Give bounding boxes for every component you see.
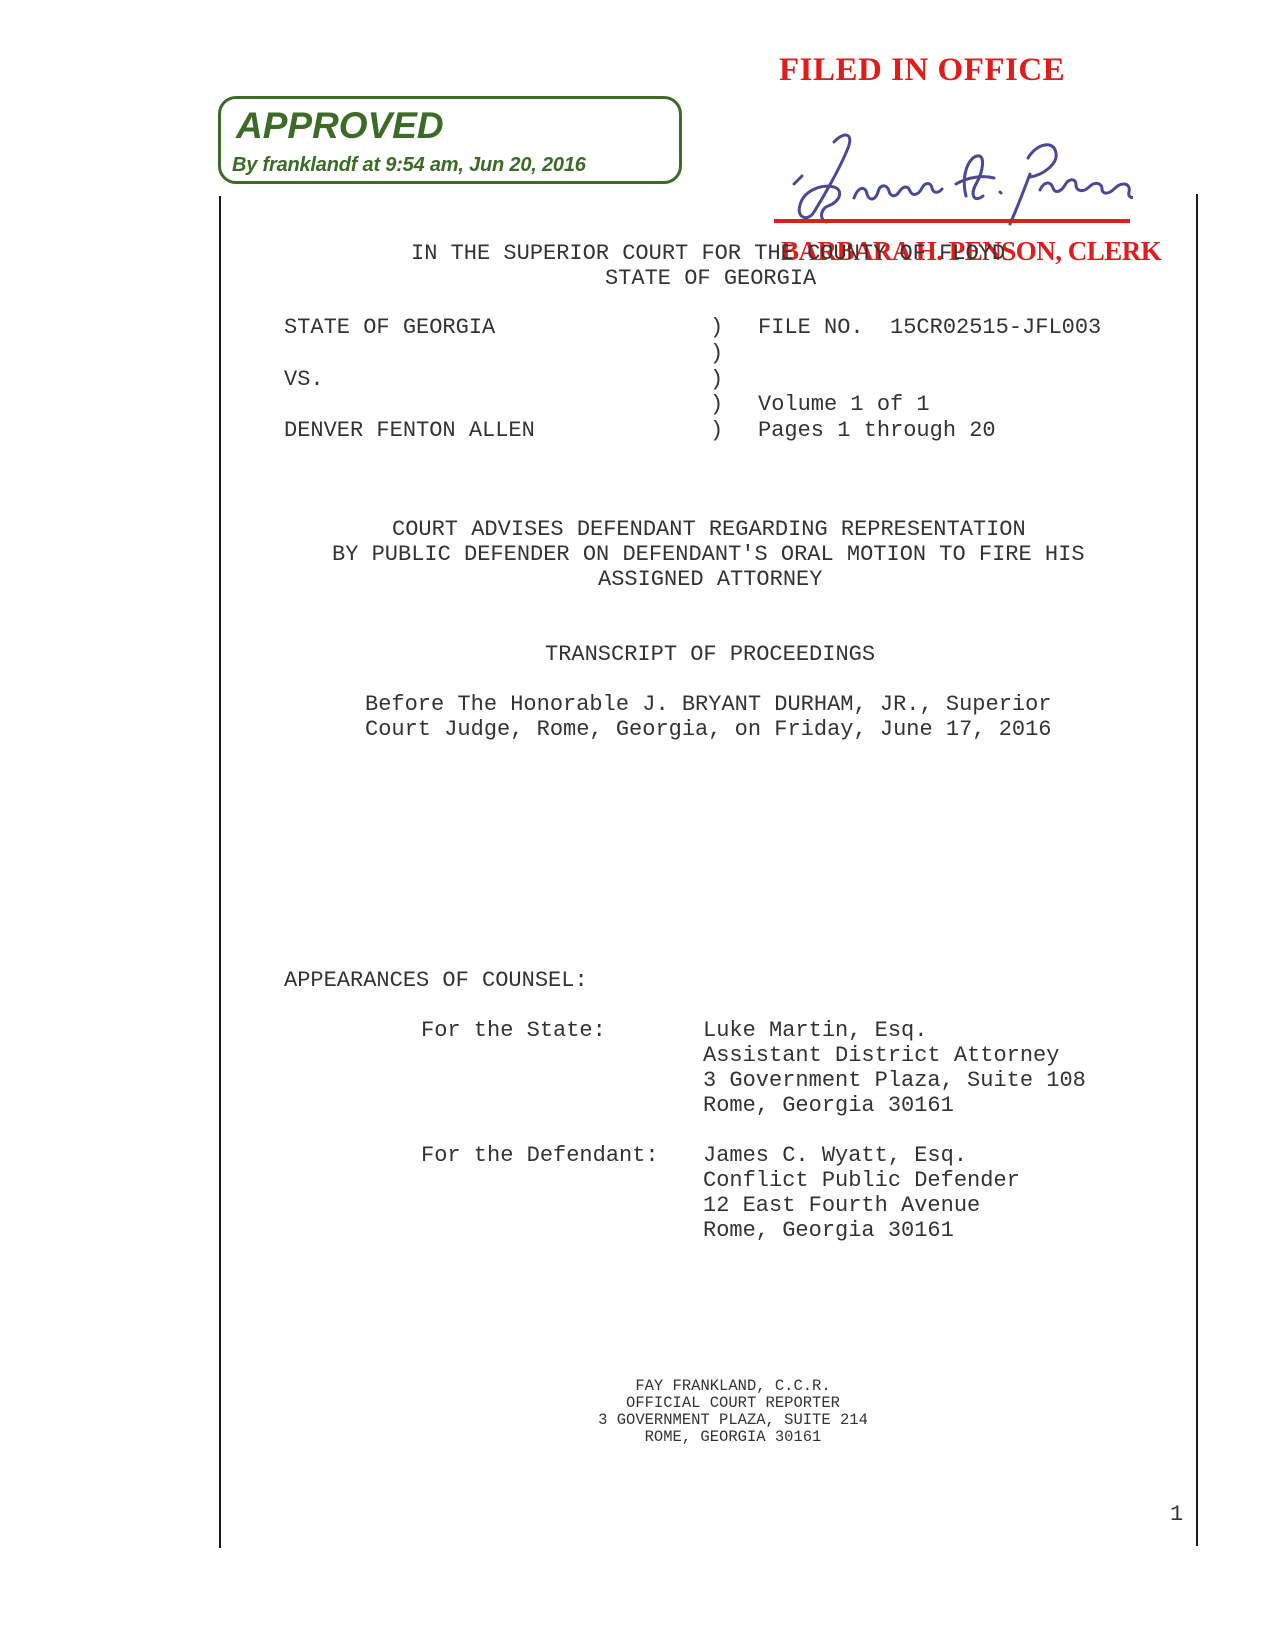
approved-stamp-byline: By franklandf at 9:54 am, Jun 20, 2016 xyxy=(232,154,586,177)
caption-vs: VS. xyxy=(284,367,324,392)
hearing-title-line3: ASSIGNED ATTORNEY xyxy=(598,567,822,592)
court-reporter-block: FAY FRANKLAND, C.C.R. OFFICIAL COURT REP… xyxy=(500,1378,966,1446)
left-page-rule xyxy=(219,196,221,1548)
approved-stamp: APPROVED By franklandf at 9:54 am, Jun 2… xyxy=(218,96,682,184)
defense-counsel-name: James C. Wyatt, Esq. xyxy=(703,1143,967,1168)
transcript-page: FILED IN OFFICE APPROVED By franklandf a… xyxy=(0,0,1275,1651)
before-judge-line2: Court Judge, Rome, Georgia, on Friday, J… xyxy=(365,717,1052,742)
state-counsel-name: Luke Martin, Esq. xyxy=(703,1018,927,1043)
hearing-title-line1: COURT ADVISES DEFENDANT REGARDING REPRES… xyxy=(392,517,1026,542)
approved-stamp-title: APPROVED xyxy=(236,105,444,147)
defense-counsel-title: Conflict Public Defender xyxy=(703,1168,1020,1193)
filed-in-office-stamp: FILED IN OFFICE xyxy=(779,52,1065,89)
for-the-defendant-label: For the Defendant: xyxy=(421,1143,659,1168)
caption-paren-2: ) xyxy=(710,341,723,366)
transcript-of-proceedings: TRANSCRIPT OF PROCEEDINGS xyxy=(545,642,875,667)
caption-paren-5: ) xyxy=(710,418,723,443)
page-number: 1 xyxy=(1170,1502,1183,1527)
caption-paren-4: ) xyxy=(710,392,723,417)
reporter-address1: 3 GOVERNMENT PLAZA, SUITE 214 xyxy=(500,1412,966,1429)
defense-counsel-address2: Rome, Georgia 30161 xyxy=(703,1218,954,1243)
caption-plaintiff: STATE OF GEORGIA xyxy=(284,315,495,340)
court-heading-line2: STATE OF GEORGIA xyxy=(605,266,816,291)
caption-defendant: DENVER FENTON ALLEN xyxy=(284,418,535,443)
defense-counsel-address1: 12 East Fourth Avenue xyxy=(703,1193,980,1218)
state-counsel-title: Assistant District Attorney xyxy=(703,1043,1059,1068)
state-counsel-address2: Rome, Georgia 30161 xyxy=(703,1093,954,1118)
right-page-rule xyxy=(1196,194,1198,1546)
clerk-signature xyxy=(788,126,1133,234)
reporter-title: OFFICIAL COURT REPORTER xyxy=(500,1395,966,1412)
caption-paren-1: ) xyxy=(710,315,723,340)
appearances-heading: APPEARANCES OF COUNSEL: xyxy=(284,968,588,993)
state-counsel-address1: 3 Government Plaza, Suite 108 xyxy=(703,1068,1086,1093)
caption-file-number: FILE NO. 15CR02515-JFL003 xyxy=(758,315,1101,340)
signature-underline xyxy=(774,219,1130,223)
reporter-address2: ROME, GEORGIA 30161 xyxy=(500,1429,966,1446)
hearing-title-line2: BY PUBLIC DEFENDER ON DEFENDANT'S ORAL M… xyxy=(332,542,1085,567)
for-the-state-label: For the State: xyxy=(421,1018,606,1043)
before-judge-line1: Before The Honorable J. BRYANT DURHAM, J… xyxy=(365,692,1052,717)
caption-paren-3: ) xyxy=(710,367,723,392)
reporter-name: FAY FRANKLAND, C.C.R. xyxy=(500,1378,966,1395)
caption-volume: Volume 1 of 1 xyxy=(758,392,930,417)
court-heading-line1: IN THE SUPERIOR COURT FOR THE COUNTY OF … xyxy=(411,241,1005,266)
caption-pages: Pages 1 through 20 xyxy=(758,418,996,443)
